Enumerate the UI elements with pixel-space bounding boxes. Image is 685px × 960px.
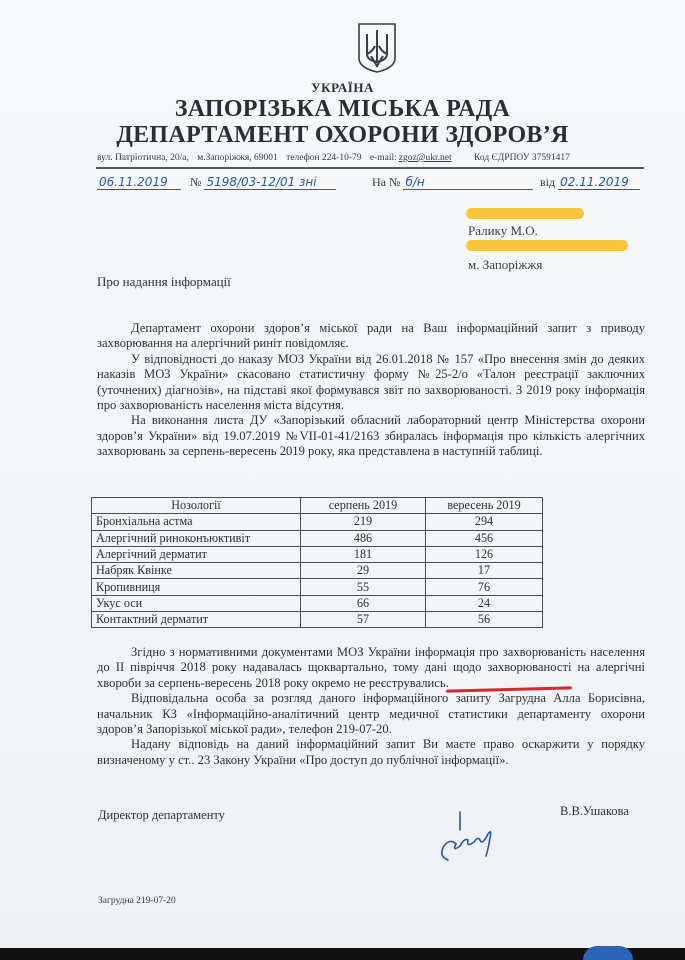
august-cell: 486 (301, 530, 426, 546)
august-cell: 29 (301, 563, 426, 579)
september-cell: 56 (426, 612, 543, 628)
table-row: Контактний дерматит 57 56 (92, 612, 543, 628)
column-header-september: вересень 2019 (426, 498, 543, 514)
paragraph-6: Надану відповідь на даний інформаційний … (97, 737, 645, 768)
paragraph-1: Департамент охорони здоров’я міської рад… (97, 321, 645, 352)
recipient-name: Ралику М.О. (468, 223, 538, 239)
contact-line: вул. Патріотична, 20/а, м.Запоріжжя, 690… (97, 153, 576, 163)
allergy-cases-table: Нозології серпень 2019 вересень 2019 Бро… (91, 497, 543, 628)
column-header-august: серпень 2019 (301, 498, 426, 514)
outgoing-date-value: 06.11.2019 (97, 175, 181, 190)
nosology-cell: Кропивниця (92, 579, 301, 595)
august-cell: 66 (301, 595, 426, 611)
number-label: № (190, 175, 201, 189)
nosology-cell: Алергічний дерматит (92, 546, 301, 562)
august-cell: 219 (301, 514, 426, 530)
redacted-recipient-line-1 (466, 208, 584, 219)
email-label: e-mail: (370, 153, 397, 163)
in-reply-date-value: 02.11.2019 (558, 175, 640, 190)
letter-body-conclusion: Згідно з нормативними документами МОЗ Ук… (97, 645, 645, 768)
executor-note: Загрудна 219-07-20 (98, 896, 176, 906)
handwritten-signature-icon (430, 810, 502, 866)
table-row: Бронхіальна астма 219 294 (92, 514, 543, 530)
recipient-city: м. Запоріжжя (468, 257, 542, 273)
in-reply-number: На № б/н (372, 175, 533, 190)
letter-body-intro: Департамент охорони здоров’я міської рад… (97, 321, 645, 460)
nosology-cell: Укус оси (92, 595, 301, 611)
signer-name: В.В.Ушакова (560, 804, 629, 819)
outgoing-number: № 5198/03-12/01 зні (190, 175, 336, 190)
paragraph-2: У відповідності до наказу МОЗ України ві… (97, 352, 645, 414)
bottom-edge-blue-shape (583, 946, 633, 960)
september-cell: 126 (426, 546, 543, 562)
table-row: Укус оси 66 24 (92, 595, 543, 611)
paragraph-4: Згідно з нормативними документами МОЗ Ук… (97, 645, 645, 691)
august-cell: 181 (301, 546, 426, 562)
outgoing-date: 06.11.2019 (97, 175, 181, 190)
in-reply-number-value: б/н (403, 175, 533, 190)
signer-title: Директор департаменту (98, 808, 225, 823)
august-cell: 57 (301, 612, 426, 628)
nosology-cell: Контактний дерматит (92, 612, 301, 628)
table-row: Алергічний риноконъюктивіт 486 456 (92, 530, 543, 546)
letter-subject: Про надання інформації (97, 274, 231, 290)
edrpou-code: Код ЄДРПОУ 37591417 (474, 153, 570, 163)
department-heading: ДЕПАРТАМЕНТ ОХОРОНИ ЗДОРОВ’Я (0, 122, 685, 149)
redacted-recipient-line-2 (466, 240, 628, 251)
in-reply-date: від 02.11.2019 (540, 175, 640, 190)
table-row: Кропивниця 55 76 (92, 579, 543, 595)
nosology-cell: Алергічний риноконъюктивіт (92, 530, 301, 546)
nosology-cell: Бронхіальна астма (92, 514, 301, 530)
september-cell: 294 (426, 514, 543, 530)
from-label: від (540, 175, 555, 189)
phone: телефон 224-10-79 (286, 153, 361, 163)
trident-emblem-icon (357, 22, 397, 74)
september-cell: 76 (426, 579, 543, 595)
august-cell: 55 (301, 579, 426, 595)
table-header-row: Нозології серпень 2019 вересень 2019 (92, 498, 543, 514)
email-link[interactable]: zgoz@ukr.net (399, 153, 452, 163)
address: вул. Патріотична, 20/а, (97, 153, 189, 163)
nosology-cell: Набряк Квінке (92, 563, 301, 579)
september-cell: 24 (426, 595, 543, 611)
letter-page: УКРАЇНА ЗАПОРІЗЬКА МІСЬКА РАДА ДЕПАРТАМЕ… (0, 0, 685, 948)
city-postcode: м.Запоріжжя, 69001 (197, 153, 277, 163)
header-divider (96, 167, 644, 169)
table-row: Набряк Квінке 29 17 (92, 563, 543, 579)
in-reply-label: На № (372, 175, 400, 189)
table-row: Алергічний дерматит 181 126 (92, 546, 543, 562)
column-header-nosology: Нозології (92, 498, 301, 514)
paragraph-3: На виконання листа ДУ «Запорізький облас… (97, 413, 645, 459)
country-heading: УКРАЇНА (0, 80, 685, 96)
september-cell: 456 (426, 530, 543, 546)
council-heading: ЗАПОРІЗЬКА МІСЬКА РАДА (0, 96, 685, 123)
paragraph-5: Відповідальна особа за розгляд даного ін… (97, 691, 645, 737)
september-cell: 17 (426, 563, 543, 579)
outgoing-number-value: 5198/03-12/01 зні (204, 175, 336, 190)
